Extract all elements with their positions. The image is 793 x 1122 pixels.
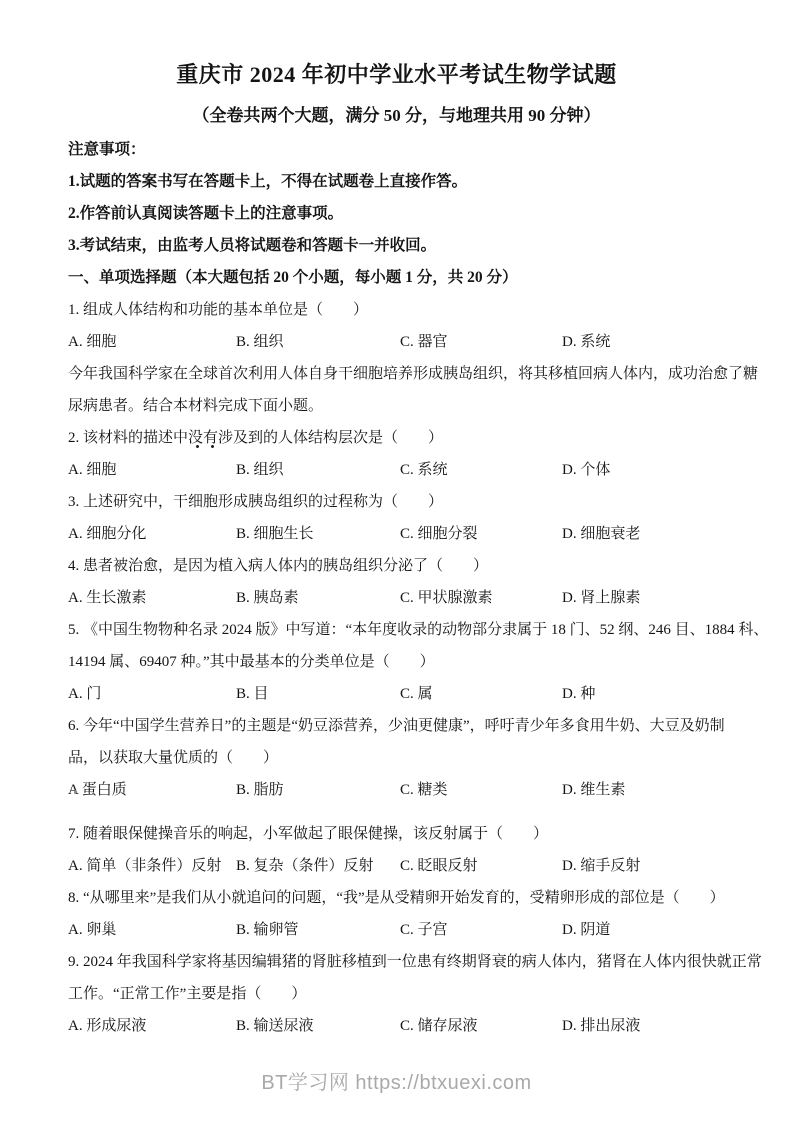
question-2-text-post: 涉及到的人体结构层次是（ ） bbox=[218, 430, 443, 446]
question-9-option-c: C. 储存尿液 bbox=[400, 1010, 562, 1042]
question-5-option-b: B. 目 bbox=[236, 678, 400, 710]
question-8-option-b: B. 输卵管 bbox=[236, 914, 400, 946]
page-subtitle: （全卷共两个大题，满分 50 分，与地理共用 90 分钟） bbox=[0, 101, 793, 126]
question-9-options: A. 形成尿液 B. 输送尿液 C. 储存尿液 D. 排出尿液 bbox=[68, 1010, 740, 1042]
question-6-option-c: C. 糖类 bbox=[400, 774, 562, 806]
notice-header: 注意事项： bbox=[68, 134, 740, 166]
question-5-option-a: A. 门 bbox=[68, 678, 236, 710]
question-2-option-c: C. 系统 bbox=[400, 454, 562, 486]
material-line-2: 尿病患者。结合本材料完成下面小题。 bbox=[68, 390, 740, 422]
question-2-option-d: D. 个体 bbox=[562, 454, 740, 486]
question-1-option-b: B. 组织 bbox=[236, 326, 400, 358]
watermark-text: BT学习网 https://btxuexi.com bbox=[0, 1066, 793, 1095]
question-1-text: 1. 组成人体结构和功能的基本单位是（ ） bbox=[68, 294, 740, 326]
question-5-option-d: D. 种 bbox=[562, 678, 740, 710]
question-3-option-a: A. 细胞分化 bbox=[68, 518, 236, 550]
question-9-option-d: D. 排出尿液 bbox=[562, 1010, 740, 1042]
question-8-option-a: A. 卵巢 bbox=[68, 914, 236, 946]
question-5-text-line-1: 5. 《中国生物物种名录 2024 版》中写道：“本年度收录的动物部分隶属于 1… bbox=[68, 614, 740, 646]
question-3-option-b: B. 细胞生长 bbox=[236, 518, 400, 550]
question-7-option-b: B. 复杂（条件）反射 bbox=[236, 850, 400, 882]
question-7-option-d: D. 缩手反射 bbox=[562, 850, 740, 882]
question-7-option-a: A. 简单（非条件）反射 bbox=[68, 850, 236, 882]
question-6-option-b: B. 脂肪 bbox=[236, 774, 400, 806]
question-1-option-c: C. 器官 bbox=[400, 326, 562, 358]
question-8-option-c: C. 子宫 bbox=[400, 914, 562, 946]
question-5-options: A. 门 B. 目 C. 属 D. 种 bbox=[68, 678, 740, 710]
question-4-options: A. 生长激素 B. 胰岛素 C. 甲状腺激素 D. 肾上腺素 bbox=[68, 582, 740, 614]
question-4-option-a: A. 生长激素 bbox=[68, 582, 236, 614]
question-9-text-line-1: 9. 2024 年我国科学家将基因编辑猪的肾脏移植到一位患有终期肾衰的病人体内，… bbox=[68, 946, 740, 978]
question-6-options: A 蛋白质 B. 脂肪 C. 糖类 D. 维生素 bbox=[68, 774, 740, 806]
material-line-1: 今年我国科学家在全球首次利用人体自身干细胞培养形成胰岛组织，将其移植回病人体内，… bbox=[68, 358, 740, 390]
question-8-option-d: D. 阴道 bbox=[562, 914, 740, 946]
question-4-option-b: B. 胰岛素 bbox=[236, 582, 400, 614]
question-7-text: 7. 随着眼保健操音乐的响起，小军做起了眼保健操，该反射属于（ ） bbox=[68, 818, 740, 850]
question-8-text: 8. “从哪里来”是我们从小就追问的问题，“我”是从受精卵开始发育的，受精卵形成… bbox=[68, 882, 740, 914]
question-7-options: A. 简单（非条件）反射 B. 复杂（条件）反射 C. 眨眼反射 D. 缩手反射 bbox=[68, 850, 740, 882]
exam-paper-page: 重庆市 2024 年初中学业水平考试生物学试题 （全卷共两个大题，满分 50 分… bbox=[0, 0, 793, 1122]
notice-item-3: 3.考试结束，由监考人员将试题卷和答题卡一并收回。 bbox=[68, 230, 740, 262]
question-2-text: 2. 该材料的描述中没有涉及到的人体结构层次是（ ） bbox=[68, 422, 740, 454]
question-9-text-line-2: 工作。“正常工作”主要是指（ ） bbox=[68, 978, 740, 1010]
question-2-option-b: B. 组织 bbox=[236, 454, 400, 486]
question-1-option-a: A. 细胞 bbox=[68, 326, 236, 358]
question-9-option-a: A. 形成尿液 bbox=[68, 1010, 236, 1042]
question-1-options: A. 细胞 B. 组织 C. 器官 D. 系统 bbox=[68, 326, 740, 358]
question-4-option-d: D. 肾上腺素 bbox=[562, 582, 740, 614]
question-2-text-pre: 2. 该材料的描述中 bbox=[68, 430, 188, 446]
question-6-text-line-1: 6. 今年“中国学生营养日”的主题是“奶豆添营养，少油更健康”，呼吁青少年多食用… bbox=[68, 710, 740, 742]
question-6-option-d: D. 维生素 bbox=[562, 774, 740, 806]
question-7-option-c: C. 眨眼反射 bbox=[400, 850, 562, 882]
question-8-options: A. 卵巢 B. 输卵管 C. 子宫 D. 阴道 bbox=[68, 914, 740, 946]
question-6-option-a: A 蛋白质 bbox=[68, 774, 236, 806]
question-2-option-a: A. 细胞 bbox=[68, 454, 236, 486]
question-3-options: A. 细胞分化 B. 细胞生长 C. 细胞分裂 D. 细胞衰老 bbox=[68, 518, 740, 550]
question-1-option-d: D. 系统 bbox=[562, 326, 740, 358]
question-2-options: A. 细胞 B. 组织 C. 系统 D. 个体 bbox=[68, 454, 740, 486]
question-3-option-d: D. 细胞衰老 bbox=[562, 518, 740, 550]
question-4-option-c: C. 甲状腺激素 bbox=[400, 582, 562, 614]
question-4-text: 4. 患者被治愈，是因为植入病人体内的胰岛组织分泌了（ ） bbox=[68, 550, 740, 582]
question-9-option-b: B. 输送尿液 bbox=[236, 1010, 400, 1042]
question-2-emphasized-word: 没有 bbox=[188, 430, 218, 449]
scan-speck bbox=[74, 790, 77, 794]
page-title: 重庆市 2024 年初中学业水平考试生物学试题 bbox=[0, 58, 793, 89]
section-1-header: 一、单项选择题（本大题包括 20 个小题，每小题 1 分，共 20 分） bbox=[68, 262, 740, 294]
question-3-text: 3. 上述研究中，干细胞形成胰岛组织的过程称为（ ） bbox=[68, 486, 740, 518]
notice-item-1: 1.试题的答案书写在答题卡上，不得在试题卷上直接作答。 bbox=[68, 166, 740, 198]
question-5-text-line-2: 14194 属、69407 种。”其中最基本的分类单位是（ ） bbox=[68, 646, 740, 678]
page-body: 注意事项： 1.试题的答案书写在答题卡上，不得在试题卷上直接作答。 2.作答前认… bbox=[68, 134, 740, 1042]
question-5-option-c: C. 属 bbox=[400, 678, 562, 710]
notice-item-2: 2.作答前认真阅读答题卡上的注意事项。 bbox=[68, 198, 740, 230]
question-3-option-c: C. 细胞分裂 bbox=[400, 518, 562, 550]
question-6-text-line-2: 品，以获取大量优质的（ ） bbox=[68, 742, 740, 774]
